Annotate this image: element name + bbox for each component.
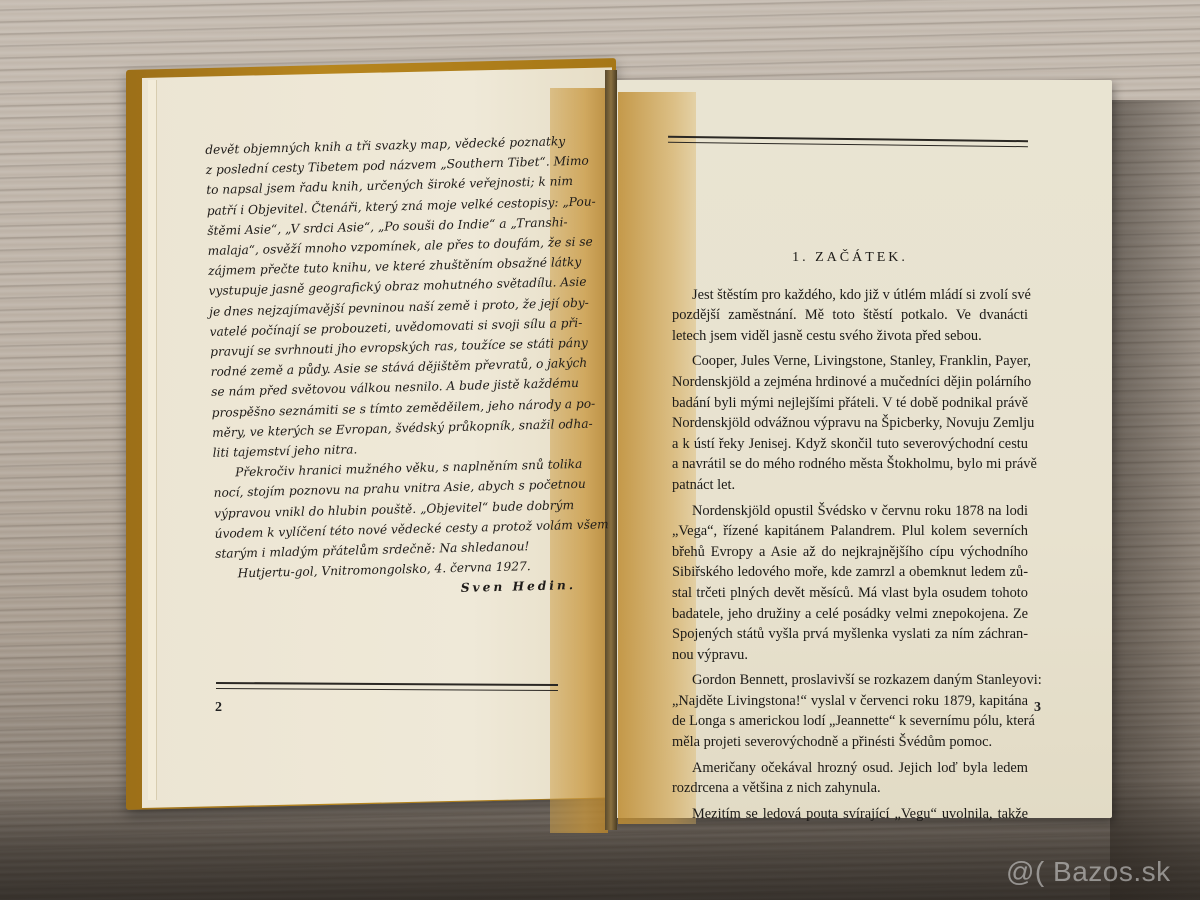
- text-line: Cooper, Jules Verne, Livingstone, Stanle…: [672, 351, 1028, 372]
- text-line: Nordenskjöld odvážnou výpravu na Špicber…: [672, 413, 1028, 434]
- text-line: „Vega“, řízené kapitánem Palandrem. Plul…: [672, 521, 1028, 542]
- text-line: pozdější zaměstnání. Mě toto štěstí potk…: [672, 305, 1028, 326]
- right-page-number: 3: [1034, 700, 1041, 716]
- text-line: stal trčeti plných devět měsíců. Má vlas…: [672, 583, 1028, 604]
- text-line: a k ústí řeky Jenisej. Když skončil tuto…: [672, 434, 1028, 455]
- text-line: rozdrcena a většina z nich zahynula.: [672, 778, 1028, 799]
- text-line: měla projeti severovýchodně a přinésti Š…: [672, 732, 1028, 753]
- text-line: Mezitím se ledová pouta svírající „Vegu“…: [672, 804, 1028, 825]
- right-page-text: 1. ZAČÁTEK. Jest štěstím pro každého, kd…: [672, 248, 1028, 824]
- text-line: Nordenskjöld opustil Švédsko v červnu ro…: [672, 501, 1028, 522]
- text-line: Američany očekával hrozný osud. Jejich l…: [672, 758, 1028, 779]
- text-line: Nordenskjöld a zejména hrdinové a mučedn…: [672, 372, 1028, 393]
- text-line: nou výpravu.: [672, 645, 1028, 666]
- left-page-number: 2: [215, 700, 222, 716]
- left-page-text: devět objemných knih a tři svazky map, v…: [205, 131, 576, 604]
- text-line: patnáct let.: [672, 475, 1028, 496]
- text-line: Gordon Bennett, proslavivší se rozkazem …: [672, 670, 1028, 691]
- text-line: „Najděte Livingstona!“ vyslal v červenci…: [672, 691, 1028, 712]
- text-line: Spojených států vyšla prvá myšlenka vysl…: [672, 624, 1028, 645]
- site-watermark: @( Bazos.sk: [1006, 856, 1171, 888]
- chapter-title: 1. ZAČÁTEK.: [672, 248, 1028, 269]
- text-line: de Longa s americkou lodí „Jeannette“ k …: [672, 711, 1028, 732]
- book-spine: [605, 70, 617, 830]
- page-edges: [148, 80, 157, 800]
- text-line: Jest štěstím pro každého, kdo již v útlé…: [672, 285, 1028, 306]
- text-line: a navrátil se do mého rodného města Štok…: [672, 454, 1028, 475]
- text-line: letech jsem viděl jasně cestu svého živo…: [672, 326, 1028, 347]
- text-line: Sibiřského ledového moře, kde zamrzl a o…: [672, 562, 1028, 583]
- text-line: břehů Evropy a Asie až do nejkrajnějšího…: [672, 542, 1028, 563]
- text-line: badání byli mými nejlejšími přáteli. V t…: [672, 393, 1028, 414]
- open-book: devět objemných knih a tři svazky map, v…: [0, 0, 1200, 900]
- text-line: badatele, jeho družiny a celé posádky ve…: [672, 604, 1028, 625]
